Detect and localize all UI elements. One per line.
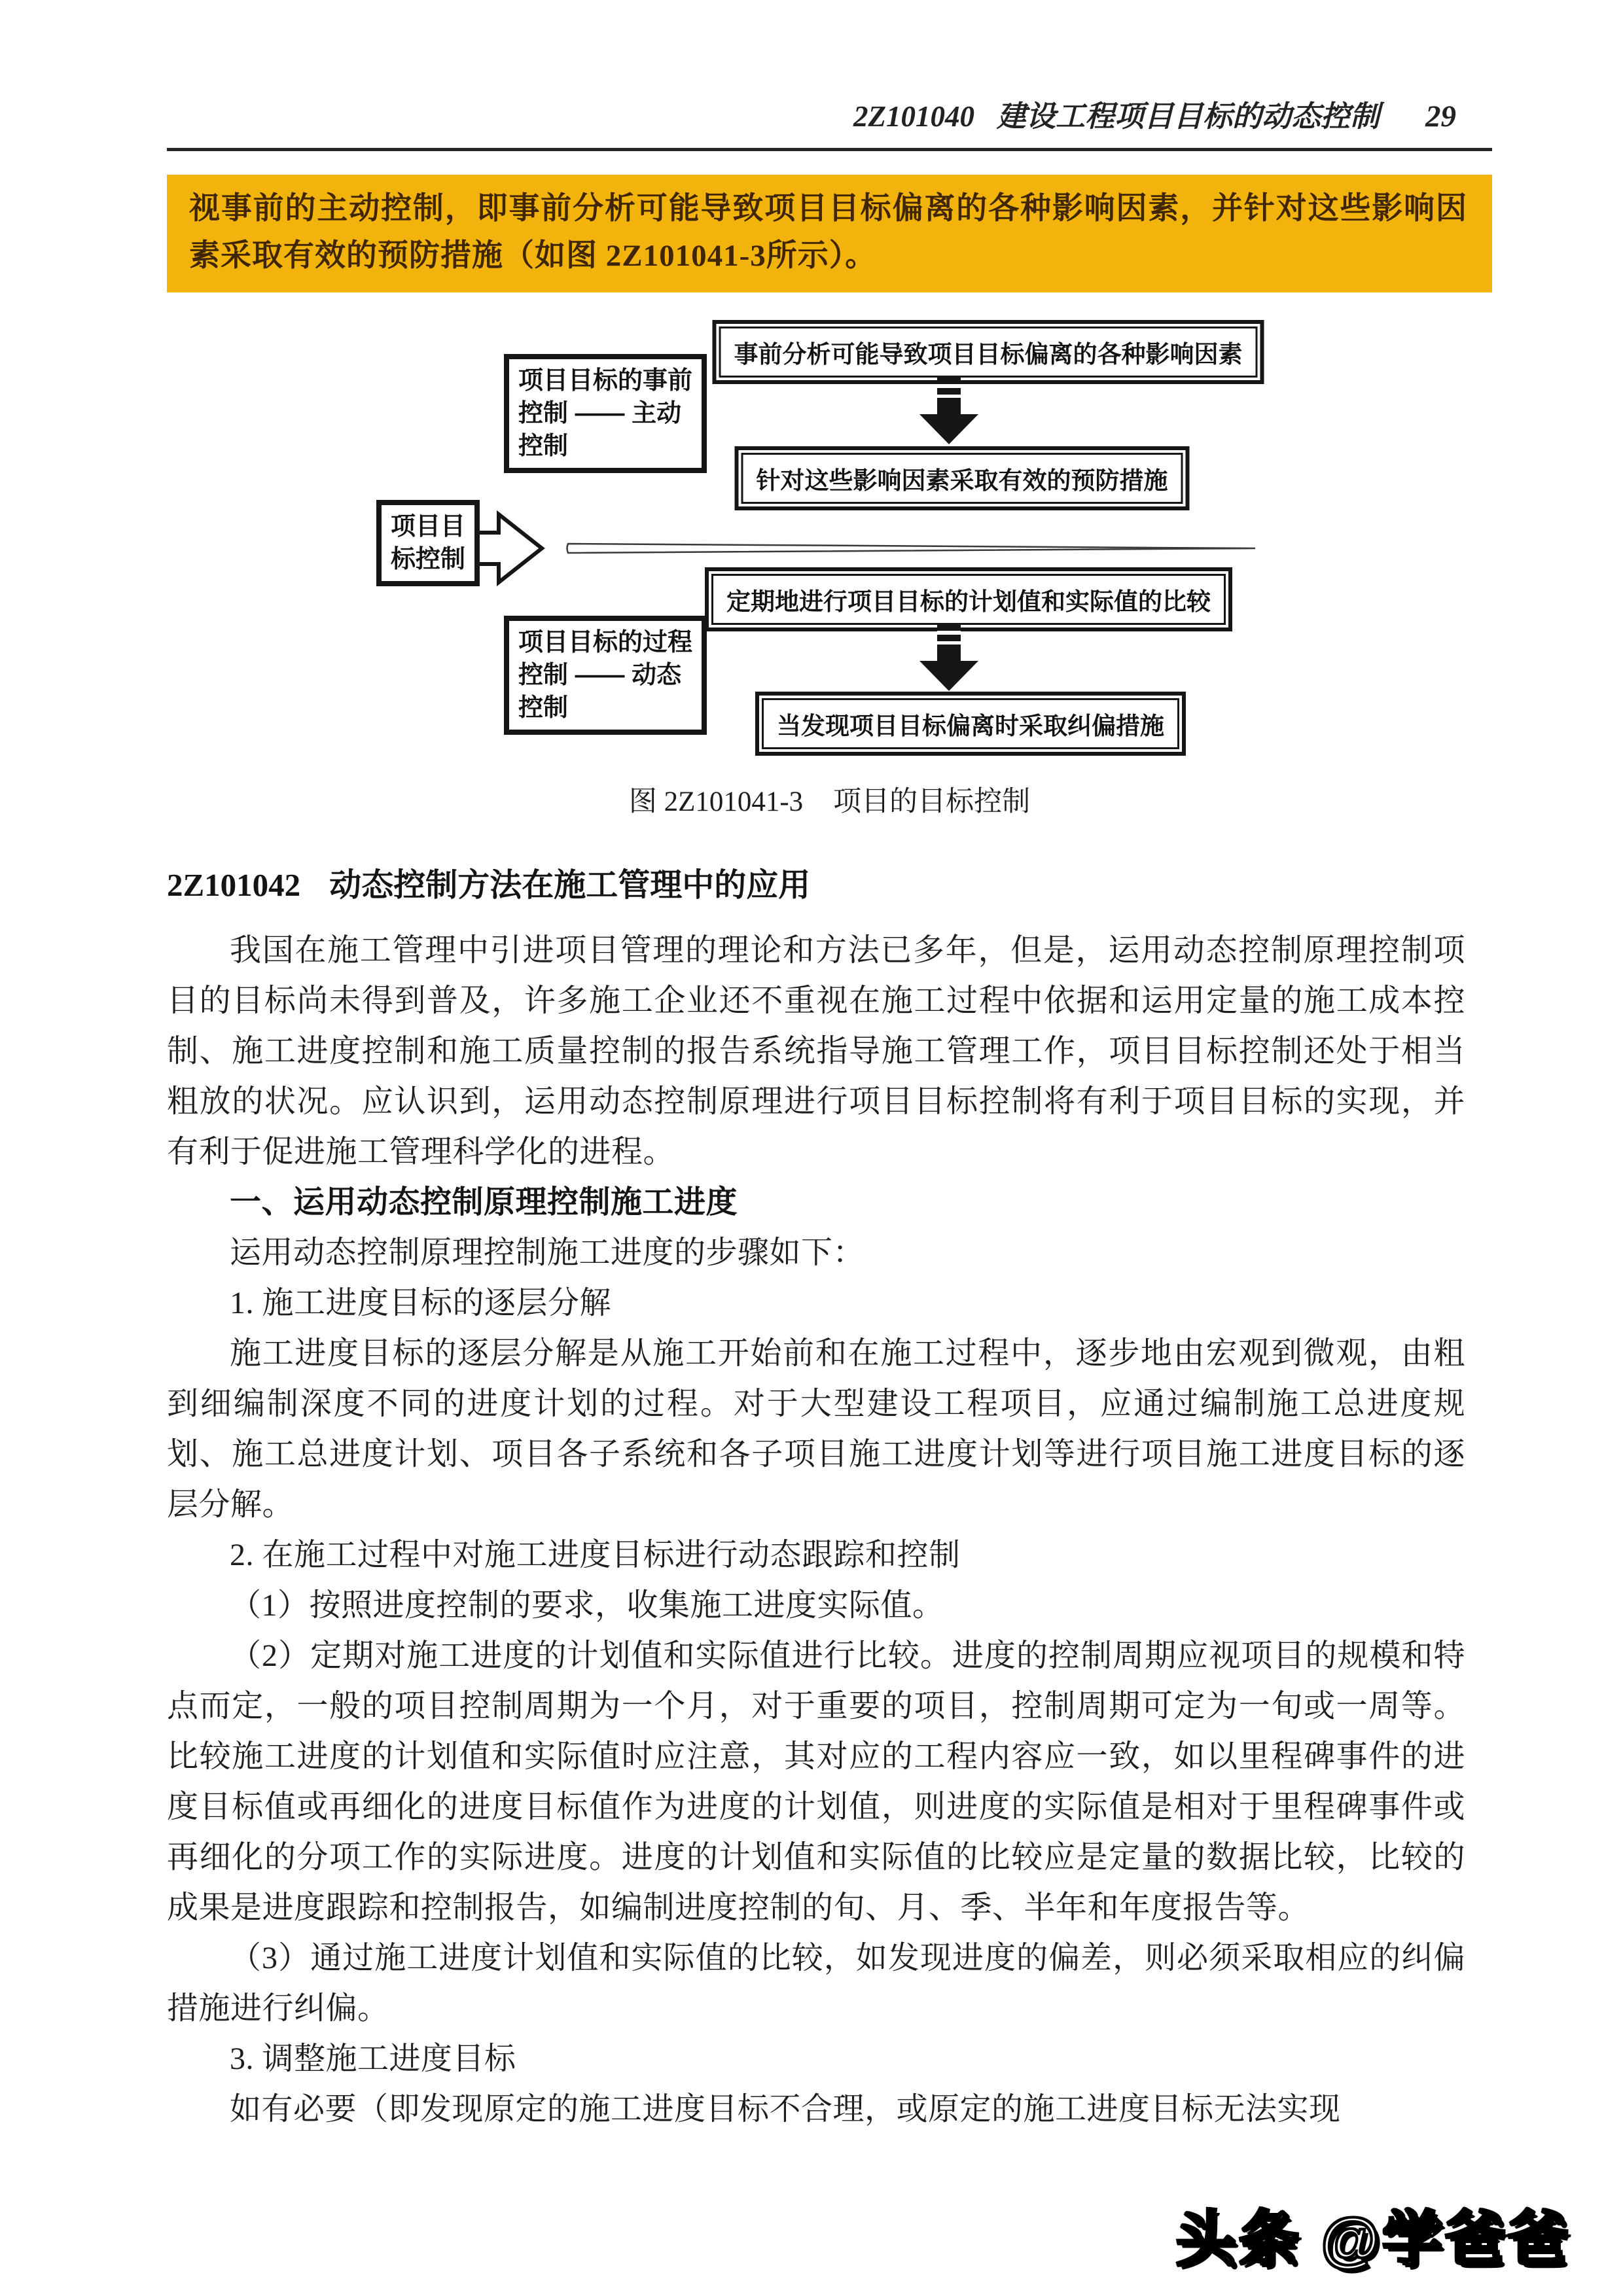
process-control-line: 控制 [518,692,692,724]
sub-item-1: （1）按照进度控制的要求，收集施工进度实际值。 [167,1580,1465,1631]
header-title: 建设工程项目目标的动态控制 [997,100,1380,133]
paragraph-last: 如有必要（即发现原定的施工进度目标不合理，或原定的施工进度目标无法实现 [167,2084,1465,2134]
list-item-2: 2. 在施工过程中对施工进度目标进行动态跟踪和控制 [167,1530,1465,1580]
paragraph-steps: 运用动态控制原理控制施工进度的步骤如下： [167,1227,1465,1278]
subheading-one: 一、运用动态控制原理控制施工进度 [167,1177,1465,1227]
paragraph-decompose: 施工进度目标的逐层分解是从施工开始前和在施工过程中，逐步地由宏观到微观，由粗到细… [167,1328,1465,1530]
section-code: 2Z101042 [167,867,300,903]
process-control-line: 项目目标的过程 [518,626,692,659]
paragraph-intro: 我国在施工管理中引进项目管理的理论和方法已多年，但是，运用动态控制原理控制项目的… [167,925,1465,1177]
flowchart-box-target-control: 项目目 标控制 [376,500,480,586]
section-title: 动态控制方法在施工管理中的应用 [329,868,810,903]
arrow-head [919,661,978,691]
flowchart-box-correct: 当发现项目目标偏离时采取纠偏措施 [762,698,1179,749]
section-heading: 2Z101042动态控制方法在施工管理中的应用 [167,865,1492,906]
highlighted-note: 视事前的主动控制，即事前分析可能导致项目目标偏离的各种影响因素，并针对这些影响因… [167,175,1492,292]
down-arrow-icon [919,624,978,691]
watermark: 头条 @学爸爸 [1176,2191,1571,2278]
list-item-1: 1. 施工进度目标的逐层分解 [167,1278,1465,1328]
figure-caption: 图 2Z101041-3项目的目标控制 [167,779,1492,819]
flowchart-box-pre-analysis: 事前分析可能导致项目目标偏离的各种影响因素 [719,327,1258,378]
header-section-code: 2Z101040 [853,100,974,133]
figure-number: 图 2Z101041-3 [629,786,803,817]
arrow-head [919,414,978,444]
list-item-3: 3. 调整施工进度目标 [167,2034,1465,2084]
pre-control-line: 项目目标的事前 [518,364,692,397]
figure-title: 项目的目标控制 [833,786,1030,817]
target-control-line: 标控制 [391,543,465,576]
arrow-shaft [937,378,961,414]
page-content: 2Z101040建设工程项目目标的动态控制29 视事前的主动控制，即事前分析可能… [167,0,1492,2134]
pre-control-line: 控制 —— 主动 [518,397,692,430]
process-control-line: 控制 —— 动态 [518,659,692,692]
body-text: 我国在施工管理中引进项目管理的理论和方法已多年，但是，运用动态控制原理控制项目的… [167,925,1465,2134]
sub-item-2: （2）定期对施工进度的计划值和实际值进行比较。进度的控制周期应视项目的规模和特点… [167,1631,1465,1933]
flowchart-box-prevent: 针对这些影响因素采取有效的预防措施 [741,453,1183,504]
page-number: 29 [1425,99,1456,133]
target-control-line: 项目目 [391,510,465,543]
target-control-flowchart: 事前分析可能导致项目目标偏离的各种影响因素 项目目标的事前 控制 —— 主动 控… [167,320,1492,829]
flowchart-box-process-control: 项目目标的过程 控制 —— 动态 控制 [504,616,707,735]
header-rule [167,148,1492,151]
arrow-shaft [937,624,961,661]
book-page: 2Z101040建设工程项目目标的动态控制29 视事前的主动控制，即事前分析可能… [0,0,1623,2296]
sub-item-3: （3）通过施工进度计划值和实际值的比较，如发现进度的偏差，则必须采取相应的纠偏措… [167,1933,1465,2034]
pre-control-line: 控制 [518,430,692,463]
running-header: 2Z101040建设工程项目目标的动态控制29 [167,97,1492,136]
flowchart-box-compare: 定期地进行项目目标的计划值和实际值的比较 [711,574,1226,625]
flowchart-box-pre-control: 项目目标的事前 控制 —— 主动 控制 [504,354,707,473]
down-arrow-icon [919,378,978,444]
timeline-spindle [565,540,1260,556]
